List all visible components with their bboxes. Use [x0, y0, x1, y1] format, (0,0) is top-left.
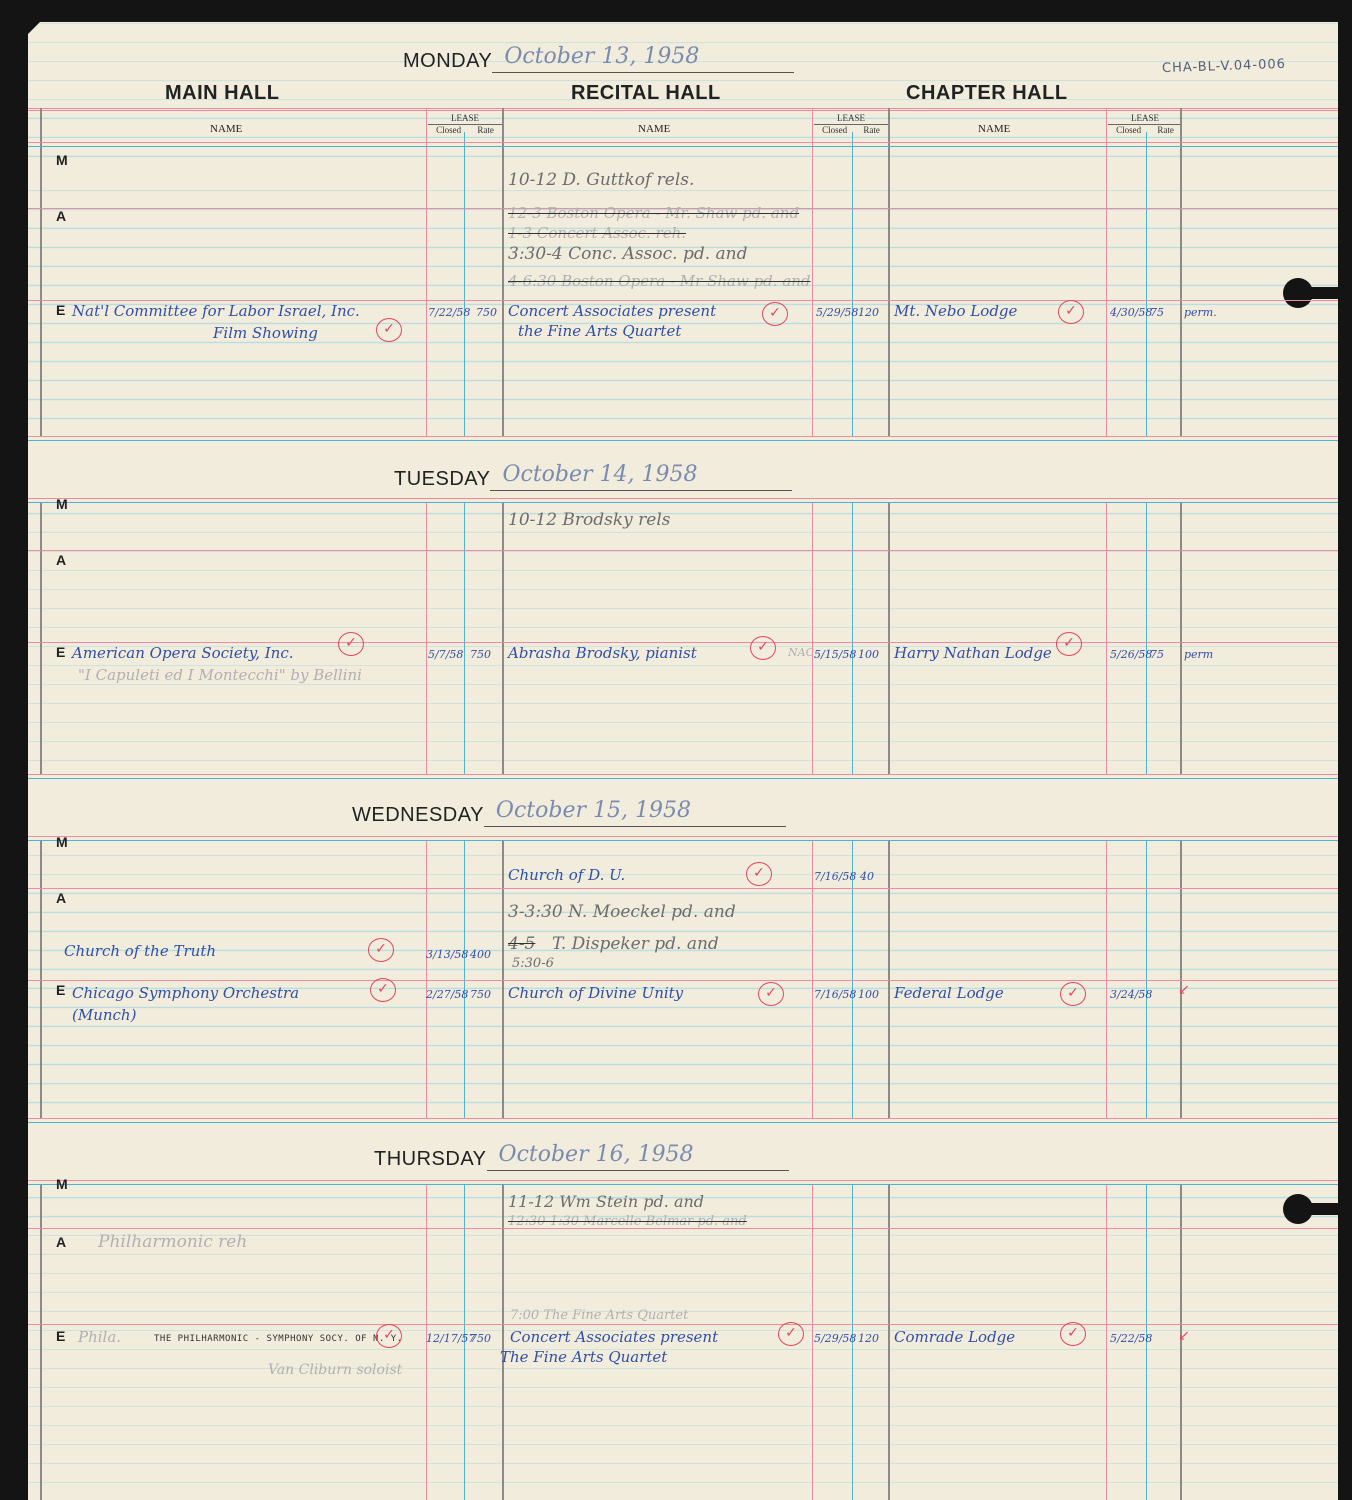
rule	[28, 980, 1338, 981]
day-label: MONDAY	[403, 50, 492, 73]
chapter-note: perm.	[1184, 306, 1217, 319]
day-heading: THURSDAY October 16, 1958	[374, 1142, 789, 1171]
rule	[28, 642, 1338, 643]
day-band-wednesday: WEDNESDAY October 15, 1958	[28, 774, 1338, 840]
binder-hole-bottom	[1283, 1194, 1313, 1224]
column-header-row: NAME LEASE ClosedRate NAME LEASE ClosedR…	[28, 108, 1338, 145]
period-a: A	[56, 552, 66, 568]
recital-afternoon-booking: Church of D. U.	[508, 866, 625, 884]
recital-closed: 5/29/58	[814, 1332, 856, 1345]
main-rate: 750	[476, 306, 497, 319]
main-evening-note: Film Showing	[213, 324, 318, 342]
main-closed: 2/27/58	[426, 988, 468, 1001]
main-evening-stamp: THE PHILHARMONIC - SYMPHONY SOCY. OF N. …	[154, 1334, 403, 1344]
main-evening-name: Phila.	[78, 1328, 121, 1346]
period-a: A	[56, 890, 66, 906]
chapter-evening-name: Comrade Lodge	[894, 1328, 1015, 1346]
period-e: E	[56, 644, 65, 660]
main-afternoon-closed: 3/13/58	[426, 948, 468, 961]
period-a: A	[56, 208, 66, 224]
lease-header-main: LEASE ClosedRate	[428, 113, 502, 135]
main-afternoon-entry: Philharmonic reh	[98, 1232, 247, 1252]
chapter-note: perm	[1184, 648, 1213, 661]
check-icon: ✓	[370, 978, 396, 1002]
check-icon: ✓	[1058, 300, 1084, 324]
period-m: M	[56, 1176, 68, 1192]
rule	[28, 888, 1338, 889]
day-label: TUESDAY	[394, 468, 490, 491]
hall-title-main: MAIN HALL	[165, 82, 279, 105]
chapter-rate: 75	[1150, 306, 1164, 319]
period-e: E	[56, 302, 65, 318]
chapter-closed: 5/22/58	[1110, 1332, 1152, 1345]
header-rule	[28, 142, 1338, 147]
lease-header-chapter: LEASE ClosedRate	[1108, 113, 1182, 135]
period-m: M	[56, 152, 68, 168]
recital-afternoon-entry: T. Dispeker pd. and	[552, 934, 719, 954]
recital-struck-entry: 12:30-1:30 Marcelle Belmar pd. and	[508, 1214, 747, 1229]
check-icon: ✓	[376, 318, 402, 342]
check-icon: ✓	[376, 1324, 402, 1348]
day-label: WEDNESDAY	[352, 804, 484, 827]
recital-morning-entry: 11-12 Wm Stein pd. and	[508, 1192, 704, 1211]
recital-rate: 120	[858, 306, 879, 319]
main-evening-note: Van Cliburn soloist	[268, 1362, 402, 1378]
main-closed: 5/7/58	[428, 648, 463, 661]
day-label: THURSDAY	[374, 1148, 487, 1171]
recital-afternoon-rate: 40	[860, 870, 874, 883]
check-icon: ✓	[1060, 982, 1086, 1006]
recital-evening-note: the Fine Arts Quartet	[518, 322, 681, 340]
recital-afternoon-entry: 3:30-4 Conc. Assoc. pd. and	[508, 244, 748, 264]
main-evening-note: "I Capuleti ed I Montecchi" by Bellini	[78, 666, 362, 684]
tick-icon: ↙	[1178, 1328, 1190, 1344]
period-m: M	[56, 834, 68, 850]
chapter-evening-name: Federal Lodge	[894, 984, 1004, 1002]
day-date: October 15, 1958	[484, 798, 786, 827]
recital-evening-note: NAC	[788, 646, 814, 659]
rule	[28, 550, 1338, 551]
check-icon: ✓	[750, 636, 776, 660]
col-name-main: NAME	[210, 123, 242, 135]
recital-afternoon-entry: 5:30-6	[512, 956, 554, 971]
chapter-rate: 75	[1150, 648, 1164, 661]
day-heading: TUESDAY October 14, 1958	[394, 462, 792, 491]
period-a: A	[56, 1234, 66, 1250]
recital-afternoon-entry: 3-3:30 N. Moeckel pd. and	[508, 902, 736, 922]
rule	[28, 1180, 1338, 1185]
recital-struck-entry: 12-3 Boston Opera - Mr. Shaw pd. and	[508, 204, 799, 222]
main-rate: 750	[470, 988, 491, 1001]
main-closed: 7/22/58	[428, 306, 470, 319]
day-heading: MONDAY October 13, 1958	[403, 44, 794, 73]
day-band-tuesday: TUESDAY October 14, 1958	[28, 436, 1338, 502]
recital-evening-name: Concert Associates present	[508, 302, 716, 320]
chapter-closed: 5/26/58	[1110, 648, 1152, 661]
ledger-sheet: CHA-BL-V.04-006 MONDAY October 13, 1958 …	[28, 22, 1338, 1500]
day-heading: WEDNESDAY October 15, 1958	[352, 798, 786, 827]
check-icon: ✓	[746, 862, 772, 886]
chapter-closed: 4/30/58	[1110, 306, 1152, 319]
chapter-closed: 3/24/58	[1110, 988, 1152, 1001]
rule	[28, 300, 1338, 301]
day-date: October 14, 1958	[490, 462, 792, 491]
recital-morning-entry: 10-12 D. Guttkof rels.	[508, 170, 694, 190]
main-rate: 750	[470, 648, 491, 661]
recital-evening-name: Church of Divine Unity	[508, 984, 683, 1002]
check-icon: ✓	[1056, 632, 1082, 656]
hall-title-recital: RECITAL HALL	[571, 82, 721, 105]
recital-rate: 100	[858, 988, 879, 1001]
recital-closed: 5/29/58	[816, 306, 858, 319]
recital-struck-entry: 4-5	[508, 934, 535, 954]
recital-evening-name: Concert Associates present	[510, 1328, 718, 1346]
rule	[28, 1324, 1338, 1325]
main-afternoon-name: Church of the Truth	[64, 942, 216, 960]
day-date: October 13, 1958	[492, 44, 794, 73]
rule	[28, 774, 1338, 779]
check-icon: ✓	[758, 982, 784, 1006]
main-evening-name: American Opera Society, Inc.	[72, 644, 294, 662]
recital-evening-note: The Fine Arts Quartet	[500, 1348, 667, 1366]
rule	[28, 436, 1338, 441]
period-m: M	[56, 496, 68, 512]
chapter-evening-name: Harry Nathan Lodge	[894, 644, 1052, 662]
check-icon: ✓	[368, 938, 394, 962]
recital-morning-entry: 10-12 Brodsky rels	[508, 510, 671, 530]
lease-header-recital: LEASE ClosedRate	[814, 113, 888, 135]
recital-struck-entry: 4-6:30 Boston Opera - Mr Shaw pd. and	[508, 272, 811, 290]
rule	[28, 1118, 1338, 1123]
recital-struck-entry: 1-3 Concert Assoc. reh.	[508, 224, 686, 242]
tick-icon: ↙	[1178, 982, 1190, 998]
main-afternoon-rate: 400	[470, 948, 491, 961]
day-date: October 16, 1958	[487, 1142, 789, 1171]
main-rate: 750	[470, 1332, 491, 1345]
recital-closed: 5/15/58	[814, 648, 856, 661]
main-evening-note: (Munch)	[72, 1006, 136, 1024]
col-name-recital: NAME	[638, 123, 670, 135]
hall-title-chapter: CHAPTER HALL	[906, 82, 1068, 105]
check-icon: ✓	[338, 632, 364, 656]
recital-afternoon-closed: 7/16/58	[814, 870, 856, 883]
day-band-thursday: THURSDAY October 16, 1958	[28, 1118, 1338, 1184]
check-icon: ✓	[1060, 1322, 1086, 1346]
recital-evening-pre: 7:00 The Fine Arts Quartet	[510, 1308, 688, 1323]
main-evening-name: Chicago Symphony Orchestra	[72, 984, 299, 1002]
recital-closed: 7/16/58	[814, 988, 856, 1001]
main-closed: 12/17/57	[426, 1332, 475, 1345]
rule	[28, 836, 1338, 841]
recital-evening-name: Abrasha Brodsky, pianist	[508, 644, 697, 662]
period-e: E	[56, 1328, 65, 1344]
main-evening-name: Nat'l Committee for Labor Israel, Inc.	[72, 302, 360, 320]
check-icon: ✓	[762, 302, 788, 326]
recital-rate: 100	[858, 648, 879, 661]
chapter-evening-name: Mt. Nebo Lodge	[894, 302, 1017, 320]
rule	[28, 498, 1338, 503]
recital-rate: 120	[858, 1332, 879, 1345]
period-e: E	[56, 982, 65, 998]
check-icon: ✓	[778, 1322, 804, 1346]
col-name-chapter: NAME	[978, 123, 1010, 135]
